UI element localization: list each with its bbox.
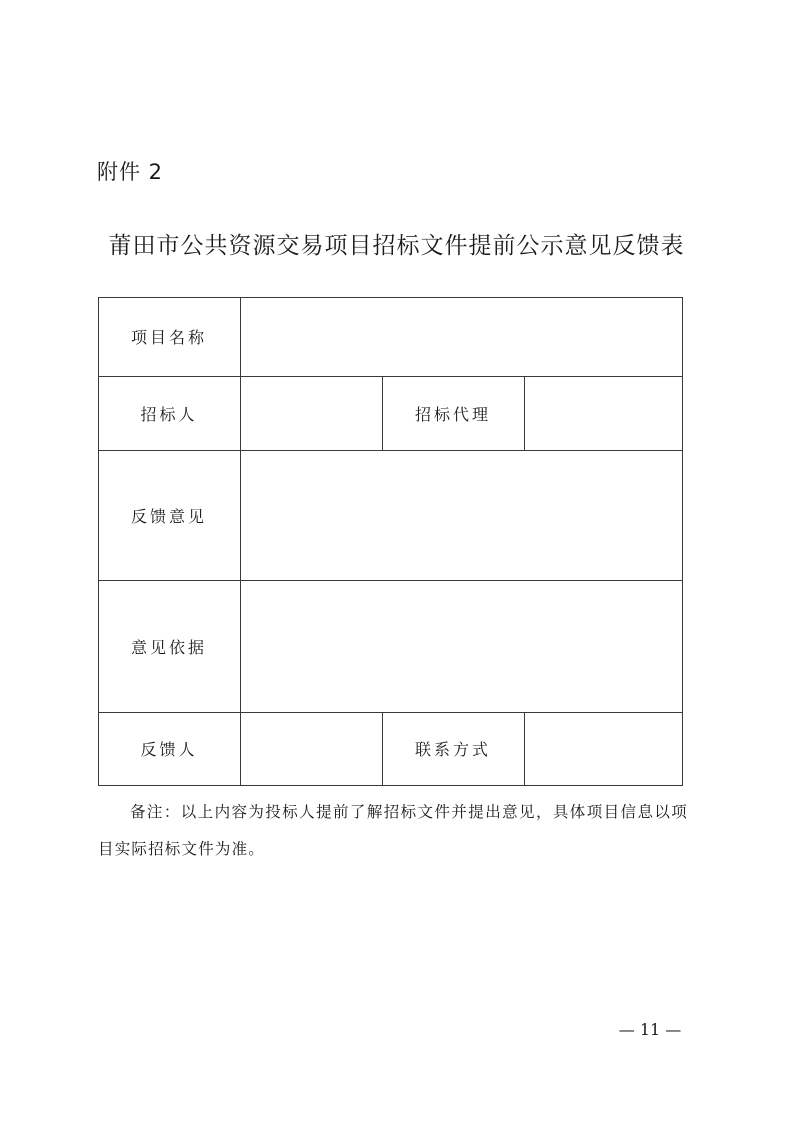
feedback-opinion-label: 反馈意见 (98, 450, 240, 580)
tender-agency-field[interactable] (525, 377, 682, 450)
opinion-basis-label: 意见依据 (98, 580, 240, 712)
project-name-field[interactable] (241, 298, 682, 376)
opinion-basis-field[interactable] (241, 581, 682, 712)
table-border-right (682, 297, 683, 786)
attachment-label: 附件 2 (97, 156, 163, 186)
project-name-label: 项目名称 (98, 297, 240, 376)
contact-info-field[interactable] (525, 713, 682, 785)
tenderer-field[interactable] (241, 377, 382, 450)
tenderer-label: 招标人 (98, 376, 240, 450)
feedback-person-label: 反馈人 (98, 712, 240, 785)
feedback-form-table: 项目名称 招标人 招标代理 反馈意见 意见依据 反馈人 联系方式 (98, 297, 683, 786)
contact-info-label: 联系方式 (382, 712, 524, 785)
feedback-opinion-field[interactable] (241, 451, 682, 580)
table-border-bottom (98, 785, 683, 786)
tender-agency-label: 招标代理 (382, 376, 524, 450)
form-title: 莆田市公共资源交易项目招标文件提前公示意见反馈表 (0, 227, 793, 260)
page-number: — 11 — (600, 1020, 700, 1039)
remarks-note: 备注：以上内容为投标人提前了解招标文件并提出意见，具体项目信息以项目实际招标文件… (98, 794, 688, 868)
feedback-person-field[interactable] (241, 713, 382, 785)
